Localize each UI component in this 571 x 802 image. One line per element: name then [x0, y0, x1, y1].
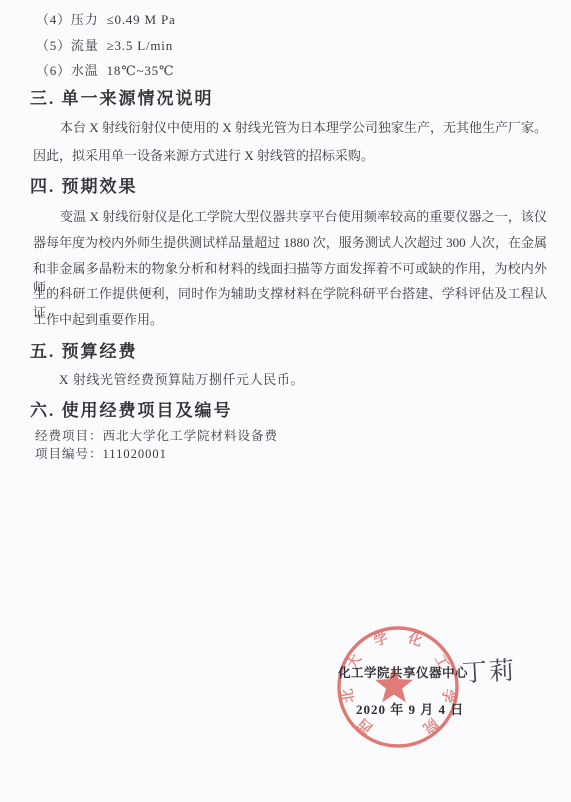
fund-item-line: 经费项目：西北大学化工学院材料设备费 [35, 426, 278, 444]
official-seal-icon: 西北大学化工学院 [334, 623, 462, 751]
effect-paragraph-line-1: 变温 X 射线衍射仪是化工学院大型仪器共享平台使用频率较高的重要仪器之一，该仪 [33, 206, 547, 225]
effect-paragraph-line-5: 工作中起到重要作用。 [33, 309, 547, 328]
source-paragraph-line-2: 因此，拟采用单一设备来源方式进行 X 射线管的招标采购。 [33, 145, 547, 164]
stamp-org-label: 化工学院共享仪器中心 [338, 663, 468, 681]
section-heading-expected-effect: 四. 预期效果 [30, 172, 138, 197]
spec-item-water-temp: （6）水温 18℃~35℃ [36, 60, 174, 79]
handwritten-signature: 丁莉 [461, 651, 517, 690]
stamp-date: 2020 年 9 月 4 日 [356, 699, 464, 718]
project-number-line: 项目编号：111020001 [35, 444, 167, 462]
source-paragraph-line-1: 本台 X 射线衍射仪中使用的 X 射线光管为日本理学公司独家生产，无其他生产厂家… [33, 117, 547, 136]
spec-item-flow: （5）流量 ≥3.5 L/min [36, 35, 173, 54]
document-page: （4）压力 ≤0.49 M Pa （5）流量 ≥3.5 L/min （6）水温 … [0, 0, 571, 802]
section-heading-budget: 五. 预算经费 [30, 337, 138, 362]
section-heading-single-source: 三. 单一来源情况说明 [30, 84, 214, 109]
budget-line: X 射线光管经费预算陆万捌仟元人民币。 [59, 369, 304, 388]
effect-paragraph-line-2: 器每年度为校内外师生提供测试样品量超过 1880 次，服务测试人次超过 300 … [33, 232, 547, 251]
spec-item-pressure: （4）压力 ≤0.49 M Pa [36, 9, 176, 28]
section-heading-fund: 六. 使用经费项目及编号 [30, 396, 233, 421]
